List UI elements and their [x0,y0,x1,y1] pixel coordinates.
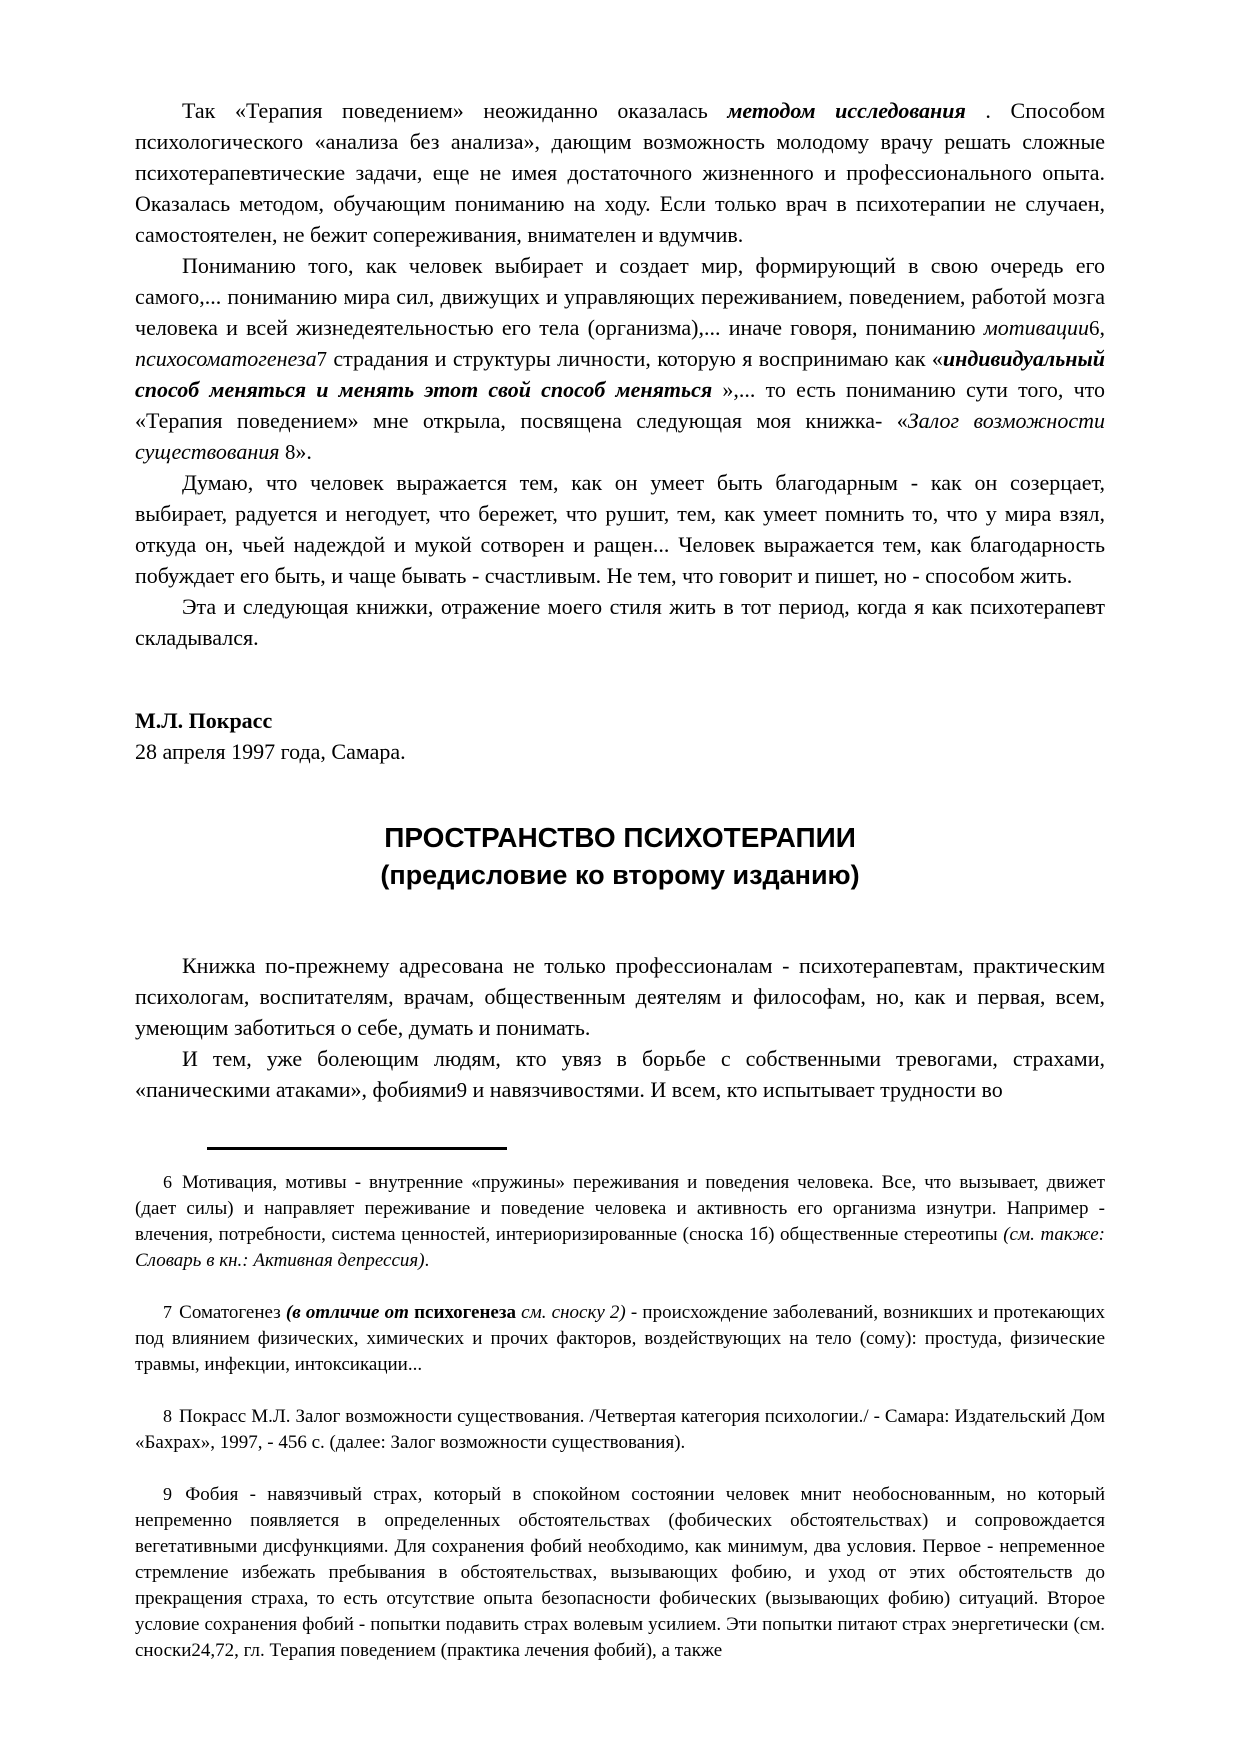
text-segment: , [1100,315,1106,340]
intro-paragraph-2: Пониманию того, как человек выбирает и с… [135,250,1105,467]
footnote-ref-8: 8 [285,440,295,464]
footnote-text-segment: Фобия - навязчивый страх, который в спок… [135,1484,1105,1661]
author-name: М.Л. Покрасс [135,705,1105,736]
footnote-8: 8 Покрасс М.Л. Залог возможности существ… [135,1404,1105,1456]
footnote-number: 9 [163,1484,174,1504]
emphasis-segment: психосоматогенеза [135,346,317,371]
footnote-9: 9 Фобия - навязчивый страх, который в сп… [135,1482,1105,1664]
text-segment: Эта и следующая книжки, отражение моего … [135,594,1105,650]
footnote-number: 7 [163,1302,174,1322]
text-segment: Пониманию того, как человек выбирает и с… [135,253,1105,340]
text-segment: Книжка по-прежнему адресована не только … [135,953,1105,1040]
signature-block: М.Л. Покрасс 28 апреля 1997 года, Самара… [135,705,1105,767]
text-segment: страдания и структуры личности, которую … [327,346,943,371]
footnote-text-segment: . [425,1250,430,1271]
main-text: Так «Терапия поведением» неожиданно оказ… [135,95,1105,1105]
signature-date-place: 28 апреля 1997 года, Самара. [135,736,1105,767]
footnote-number: 8 [163,1406,174,1426]
footnote-separator [207,1147,507,1150]
intro-paragraph-3: Думаю, что человек выражается тем, как о… [135,467,1105,591]
footnotes-section: 6 Мотивация, мотивы - внутренние «пружин… [135,1147,1105,1664]
footnote-number: 6 [163,1172,174,1192]
text-segment: и навязчивостями. И всем, кто испытывает… [467,1077,1003,1102]
footnote-emphasis-segment: см. сноску 2) [516,1302,626,1323]
footnote-ref-7: 7 [317,347,327,371]
preface-paragraph-2: И тем, уже болеющим людям, кто увяз в бо… [135,1043,1105,1105]
text-segment: Так «Терапия поведением» неожиданно оказ… [182,98,727,123]
footnote-text-segment: Покрасс М.Л. Залог возможности существов… [135,1406,1105,1453]
footnote-ref-9: 9 [457,1078,467,1102]
footnote-6: 6 Мотивация, мотивы - внутренние «пружин… [135,1170,1105,1274]
footnote-7: 7 Соматогенез (в отличие от психогенеза … [135,1300,1105,1378]
footnote-ref-6: 6 [1089,316,1099,340]
section-subtitle: (предисловие ко второму изданию) [135,857,1105,894]
footnote-text-segment: Соматогенез [174,1302,286,1323]
text-segment: ». [295,439,312,464]
document-page: Так «Терапия поведением» неожиданно оказ… [0,0,1240,1754]
section-heading: ПРОСТРАНСТВО ПСИХОТЕРАПИИ (предисловие к… [135,819,1105,894]
emphasis-segment: мотивации [984,315,1089,340]
footnote-emphasis-segment: (в отличие от [286,1302,414,1323]
intro-paragraph-4: Эта и следующая книжки, отражение моего … [135,591,1105,653]
section-title: ПРОСТРАНСТВО ПСИХОТЕРАПИИ [135,819,1105,857]
preface-paragraph-1: Книжка по-прежнему адресована не только … [135,950,1105,1043]
footnote-text-segment: Мотивация, мотивы - внутренние «пружины»… [135,1172,1105,1245]
text-segment: Думаю, что человек выражается тем, как о… [135,470,1105,588]
footnote-emphasis-segment: психогенеза [414,1302,516,1323]
emphasis-segment: методом исследования [727,98,965,123]
intro-paragraph-1: Так «Терапия поведением» неожиданно оказ… [135,95,1105,250]
